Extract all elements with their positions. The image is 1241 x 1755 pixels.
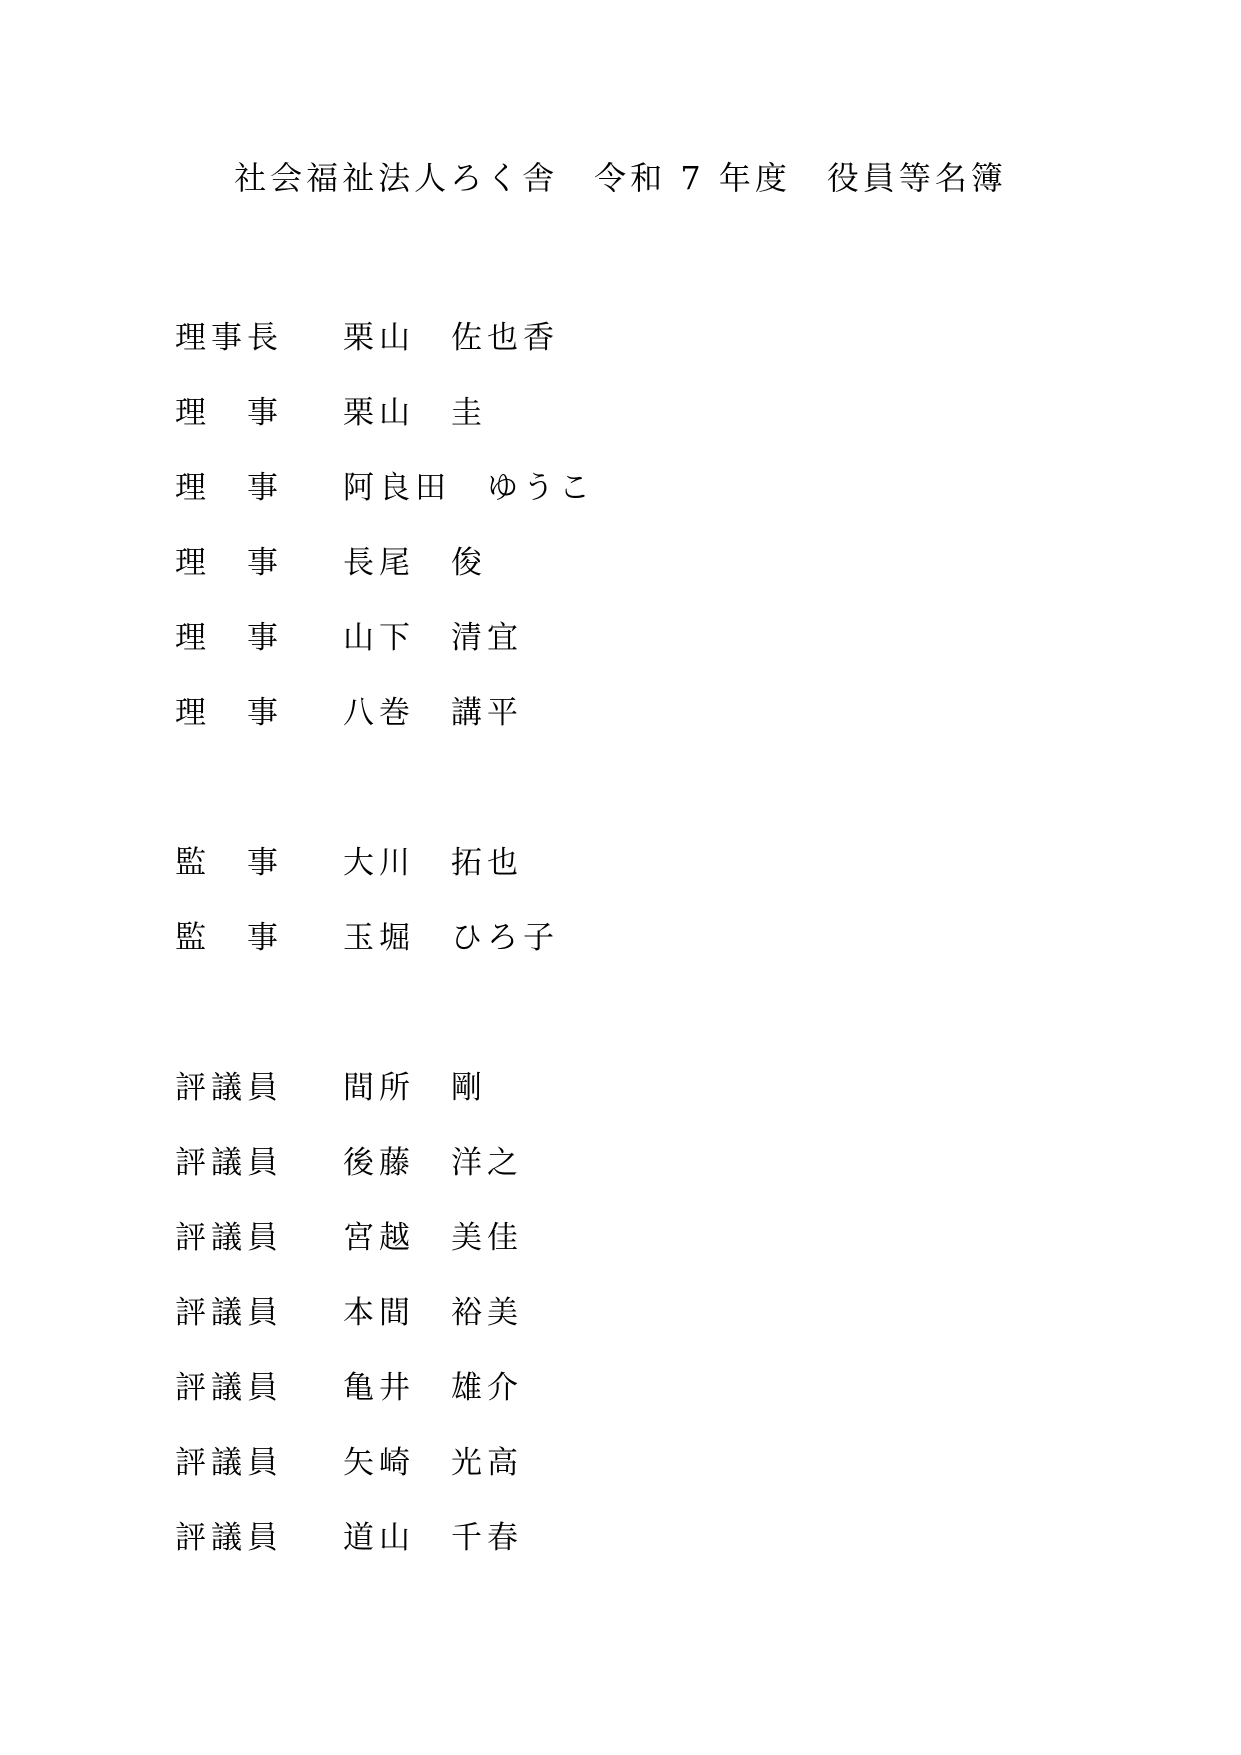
roster-name: 間所 剛 (343, 1071, 487, 1105)
roster-role: 評議員 (175, 1521, 343, 1555)
roster-row: 評議員間所 剛 (175, 1071, 595, 1146)
roster-row: 評議員道山 千春 (175, 1521, 595, 1596)
roster-row: 理事長栗山 佐也香 (175, 321, 595, 396)
roster-name: 玉堀 ひろ子 (343, 921, 559, 955)
roster-section-auditors: 監 事大川 拓也監 事玉堀 ひろ子 (175, 846, 595, 996)
roster-role: 監 事 (175, 846, 343, 880)
roster-role: 評議員 (175, 1146, 343, 1180)
roster-row: 監 事玉堀 ひろ子 (175, 921, 595, 996)
roster-row: 理 事阿良田 ゆうこ (175, 471, 595, 546)
roster-row: 理 事八巻 講平 (175, 696, 595, 771)
roster-row: 評議員本間 裕美 (175, 1296, 595, 1371)
roster-row: 評議員矢崎 光高 (175, 1446, 595, 1521)
document-page: 社会福祉法人ろく舎 令和 7 年度 役員等名簿 理事長栗山 佐也香理 事栗山 圭… (0, 0, 1241, 1755)
roster-name: 栗山 佐也香 (343, 321, 559, 355)
roster-row: 評議員亀井 雄介 (175, 1371, 595, 1446)
roster-name: 八巻 講平 (343, 696, 523, 730)
roster-name: 後藤 洋之 (343, 1146, 523, 1180)
roster-role: 理 事 (175, 546, 343, 580)
document-title: 社会福祉法人ろく舎 令和 7 年度 役員等名簿 (0, 162, 1241, 194)
roster-name: 亀井 雄介 (343, 1371, 523, 1405)
roster-name: 山下 清宜 (343, 621, 523, 655)
roster-role: 理 事 (175, 396, 343, 430)
roster-role: 理 事 (175, 696, 343, 730)
roster-role: 評議員 (175, 1296, 343, 1330)
roster-section-directors: 理事長栗山 佐也香理 事栗山 圭理 事阿良田 ゆうこ理 事長尾 俊理 事山下 清… (175, 321, 595, 771)
roster-name: 道山 千春 (343, 1521, 523, 1555)
roster-row: 監 事大川 拓也 (175, 846, 595, 921)
roster-name: 宮越 美佳 (343, 1221, 523, 1255)
roster-name: 矢崎 光高 (343, 1446, 523, 1480)
roster-row: 評議員宮越 美佳 (175, 1221, 595, 1296)
roster-name: 大川 拓也 (343, 846, 523, 880)
roster-role: 理 事 (175, 621, 343, 655)
roster-role: 監 事 (175, 921, 343, 955)
roster-row: 理 事山下 清宜 (175, 621, 595, 696)
roster-role: 評議員 (175, 1446, 343, 1480)
roster-role: 評議員 (175, 1071, 343, 1105)
roster-section-councilors: 評議員間所 剛評議員後藤 洋之評議員宮越 美佳評議員本間 裕美評議員亀井 雄介評… (175, 1071, 595, 1596)
roster-role: 理事長 (175, 321, 343, 355)
roster-name: 栗山 圭 (343, 396, 487, 430)
roster-row: 評議員後藤 洋之 (175, 1146, 595, 1221)
roster-name: 阿良田 ゆうこ (343, 471, 595, 505)
roster-role: 評議員 (175, 1221, 343, 1255)
officer-roster: 理事長栗山 佐也香理 事栗山 圭理 事阿良田 ゆうこ理 事長尾 俊理 事山下 清… (175, 321, 595, 1596)
roster-role: 理 事 (175, 471, 343, 505)
roster-role: 評議員 (175, 1371, 343, 1405)
roster-name: 長尾 俊 (343, 546, 487, 580)
roster-row: 理 事長尾 俊 (175, 546, 595, 621)
roster-name: 本間 裕美 (343, 1296, 523, 1330)
roster-row: 理 事栗山 圭 (175, 396, 595, 471)
